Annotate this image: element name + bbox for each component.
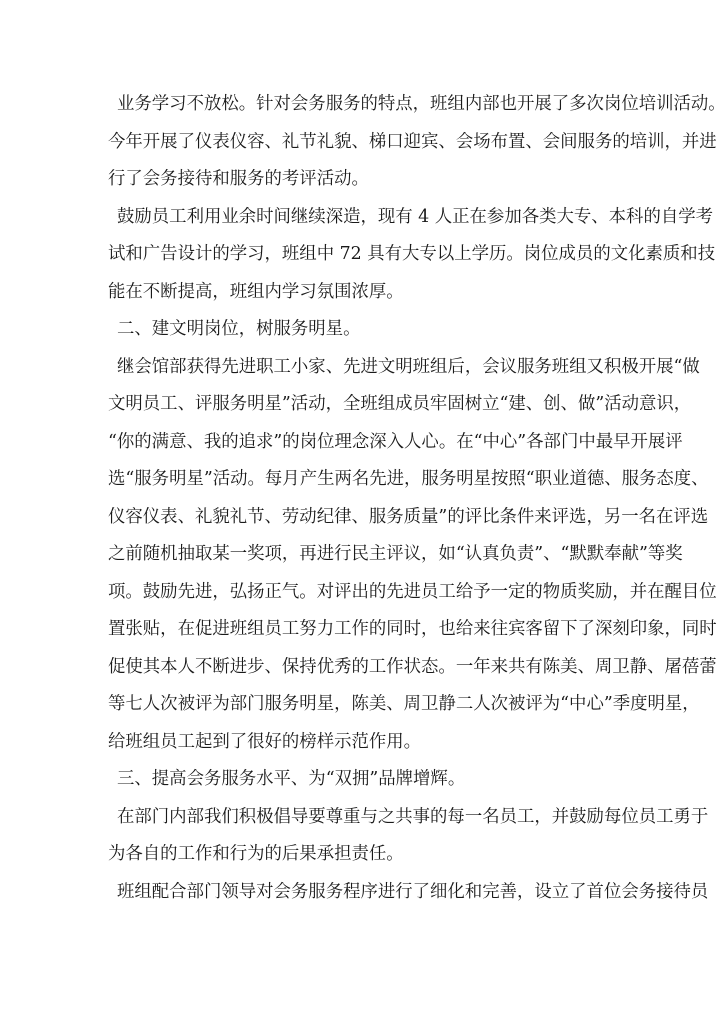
heading-text: 三、提高会务服务水平、为“双拥”品牌增辉。 [108,761,613,799]
text-line: 等七人次被评为部门服务明星，陈美、周卫静二人次被评为“中心”季度明星， [108,686,613,724]
text-line: 之前随机抽取某一奖项，再进行民主评议，如“认真负责”、“默默奉献”等奖 [108,536,613,574]
text-line: 行了会务接待和服务的考评活动。 [108,161,613,199]
text-line: 今年开展了仪表仪容、礼节礼貌、梯口迎宾、会场布置、会间服务的培训，并进 [108,124,613,162]
text-line: “你的满意、我的追求”的岗位理念深入人心。在“中心”各部门中最早开展评 [108,424,613,462]
text-line: 促使其本人不断进步、保持优秀的工作状态。一年来共有陈美、周卫静、屠蓓蕾 [108,649,613,687]
heading-text: 二、建文明岗位，树服务明星。 [108,311,613,349]
paragraph: 继会馆部获得先进职工小家、先进文明班组后，会议服务班组又积极开展“做 文明员工、… [108,349,613,762]
text-line: 能在不断提高，班组内学习氛围浓厚。 [108,274,613,312]
text-line: 为各自的工作和行为的后果承担责任。 [108,836,613,874]
section-heading: 二、建文明岗位，树服务明星。 [108,311,613,349]
document-page: 业务学习不放松。针对会务服务的特点，班组内部也开展了多次岗位培训活动。 今年开展… [108,86,613,911]
text-line: 鼓励员工利用业余时间继续深造，现有 4 人正在参加各类大专、本科的自学考 [108,199,613,237]
text-line: 继会馆部获得先进职工小家、先进文明班组后，会议服务班组又积极开展“做 [108,349,613,387]
text-line: 班组配合部门领导对会务服务程序进行了细化和完善，设立了首位会务接待员 [108,874,613,912]
text-line: 选“服务明星”活动。每月产生两名先进，服务明星按照“职业道德、服务态度、 [108,461,613,499]
text-line: 文明员工、评服务明星”活动，全班组成员牢固树立“建、创、做”活动意识， [108,386,613,424]
paragraph: 鼓励员工利用业余时间继续深造，现有 4 人正在参加各类大专、本科的自学考 试和广… [108,199,613,312]
text-line: 试和广告设计的学习，班组中 72 具有大专以上学历。岗位成员的文化素质和技 [108,236,613,274]
paragraph: 班组配合部门领导对会务服务程序进行了细化和完善，设立了首位会务接待员 [108,874,613,912]
paragraph: 在部门内部我们积极倡导要尊重与之共事的每一名员工，并鼓励每位员工勇于 为各自的工… [108,799,613,874]
text-line: 项。鼓励先进，弘扬正气。对评出的先进员工给予一定的物质奖励，并在醒目位 [108,574,613,612]
paragraph: 业务学习不放松。针对会务服务的特点，班组内部也开展了多次岗位培训活动。 [108,86,613,124]
section-heading: 三、提高会务服务水平、为“双拥”品牌增辉。 [108,761,613,799]
text-line: 业务学习不放松。针对会务服务的特点，班组内部也开展了多次岗位培训活动。 [108,86,613,124]
text-line: 给班组员工起到了很好的榜样示范作用。 [108,724,613,762]
text-line: 置张贴，在促进班组员工努力工作的同时，也给来往宾客留下了深刻印象，同时 [108,611,613,649]
text-line: 仪容仪表、礼貌礼节、劳动纪律、服务质量”的评比条件来评选，另一名在评选 [108,499,613,537]
text-line: 在部门内部我们积极倡导要尊重与之共事的每一名员工，并鼓励每位员工勇于 [108,799,613,837]
paragraph: 今年开展了仪表仪容、礼节礼貌、梯口迎宾、会场布置、会间服务的培训，并进 行了会务… [108,124,613,199]
